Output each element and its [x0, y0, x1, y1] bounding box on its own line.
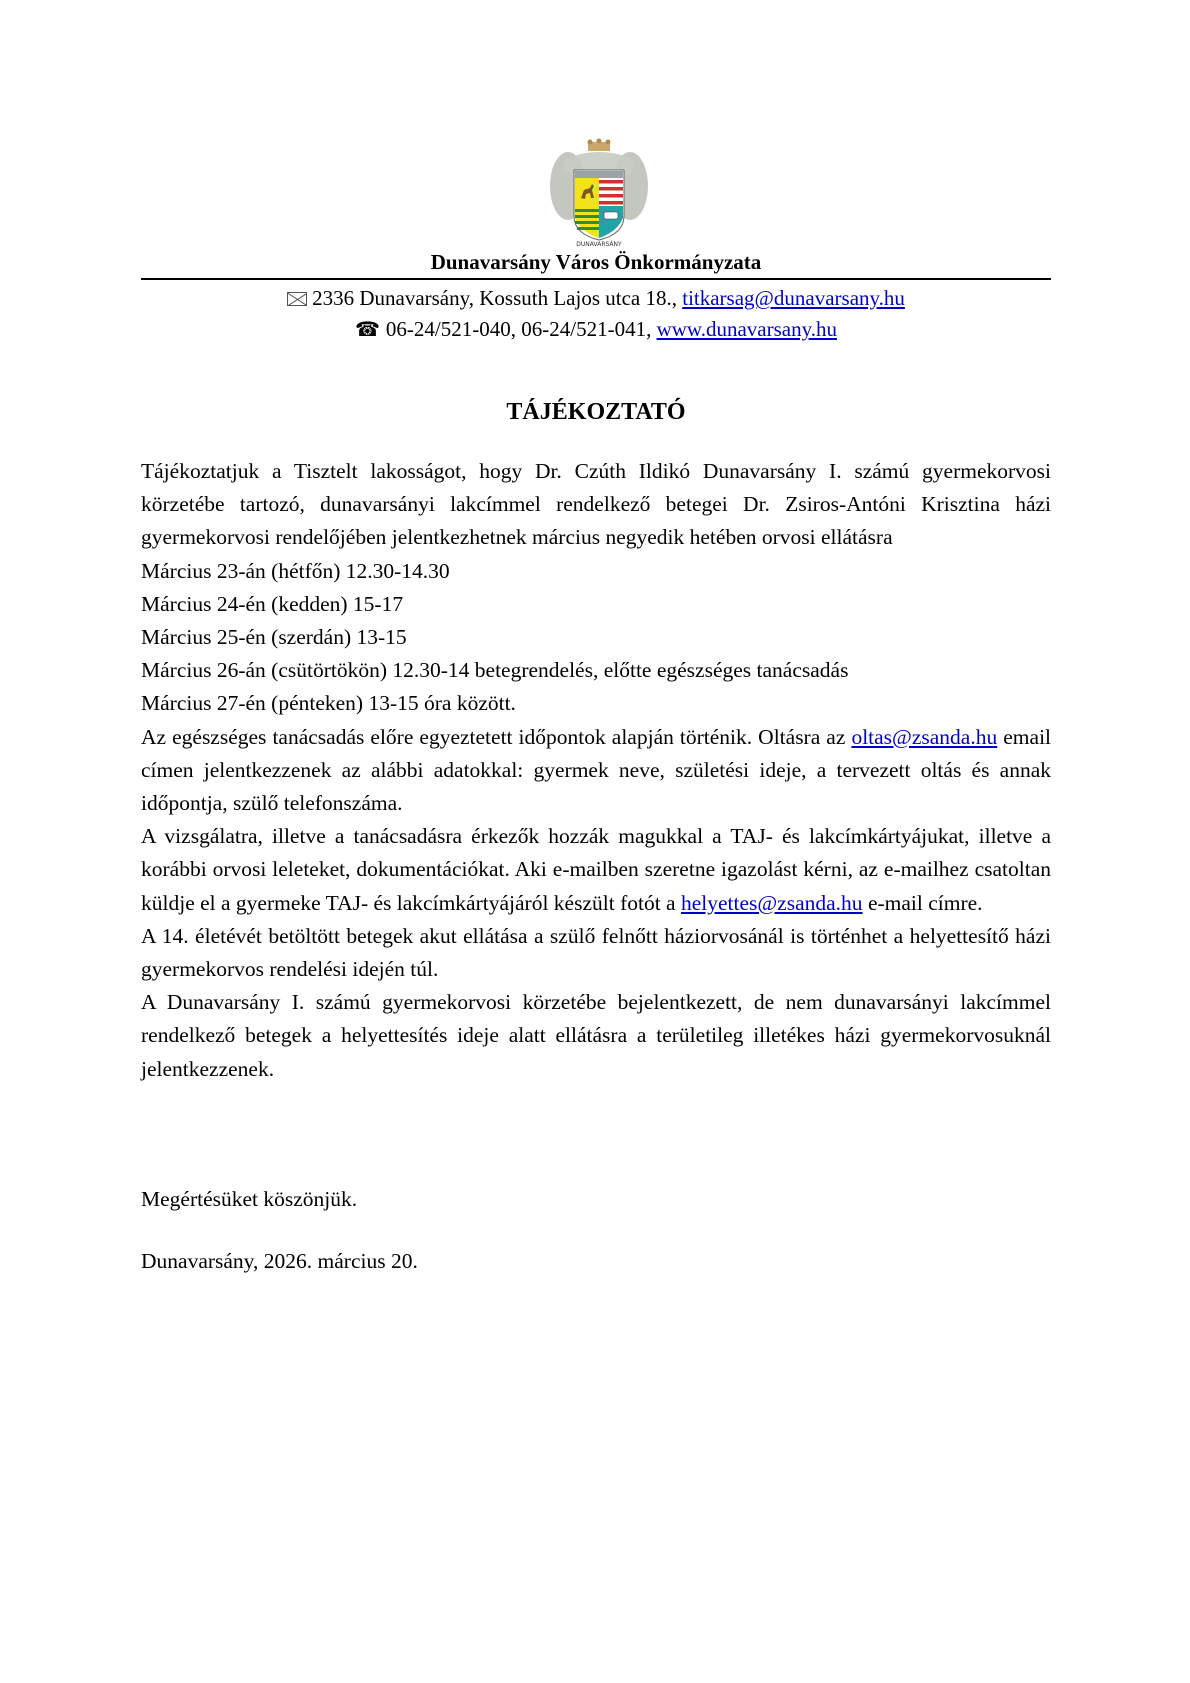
non-residents-paragraph: A Dunavarsány I. számú gyermekorvosi kör…	[141, 986, 1051, 1086]
envelope-icon	[287, 292, 307, 306]
website-link[interactable]: www.dunavarsany.hu	[657, 317, 837, 341]
vaccination-paragraph: Az egészséges tanácsadás előre egyeztete…	[141, 721, 1051, 821]
schedule-item: Március 25-én (szerdán) 13-15	[141, 621, 1051, 654]
coat-of-arms-icon: DUNAVARSÁNY	[546, 138, 652, 248]
phone-line: ☎06-24/521-040, 06-24/521-041, www.dunav…	[141, 316, 1051, 342]
place-date-line: Dunavarsány, 2026. március 20.	[141, 1248, 418, 1274]
header-divider	[141, 278, 1051, 280]
thanks-line: Megértésüket köszönjük.	[141, 1186, 357, 1212]
document-title: TÁJÉKOZTATÓ	[141, 398, 1051, 426]
document-body: Tájékoztatjuk a Tisztelt lakosságot, hog…	[141, 455, 1051, 1086]
substitute-email-link[interactable]: helyettes@zsanda.hu	[681, 891, 863, 915]
phone-numbers: 06-24/521-040, 06-24/521-041,	[386, 317, 651, 341]
address-line: 2336 Dunavarsány, Kossuth Lajos utca 18.…	[141, 285, 1051, 311]
over14-paragraph: A 14. életévét betöltött betegek akut el…	[141, 920, 1051, 986]
telephone-icon: ☎	[355, 316, 380, 342]
email-link[interactable]: titkarsag@dunavarsany.hu	[682, 286, 905, 310]
documents-text-cont: e-mail címre.	[868, 891, 983, 915]
organization-name: Dunavarsány Város Önkormányzata	[141, 250, 1051, 274]
svg-text:DUNAVARSÁNY: DUNAVARSÁNY	[576, 241, 622, 248]
vaccination-email-link[interactable]: oltas@zsanda.hu	[851, 725, 997, 749]
schedule-item: Március 23-án (hétfőn) 12.30-14.30	[141, 555, 1051, 588]
address-text: 2336 Dunavarsány, Kossuth Lajos utca 18.…	[312, 286, 677, 310]
schedule-item: Március 27-én (pénteken) 13-15 óra közöt…	[141, 687, 1051, 720]
schedule-item: Március 26-án (csütörtökön) 12.30-14 bet…	[141, 654, 1051, 687]
document-page: DUNAVARSÁNY Dunavarsány Város Önkormányz…	[0, 0, 1190, 1683]
intro-paragraph: Tájékoztatjuk a Tisztelt lakosságot, hog…	[141, 455, 1051, 555]
vaccination-text: Az egészséges tanácsadás előre egyeztete…	[141, 725, 845, 749]
documents-paragraph: A vizsgálatra, illetve a tanácsadásra ér…	[141, 820, 1051, 920]
schedule-item: Március 24-én (kedden) 15-17	[141, 588, 1051, 621]
